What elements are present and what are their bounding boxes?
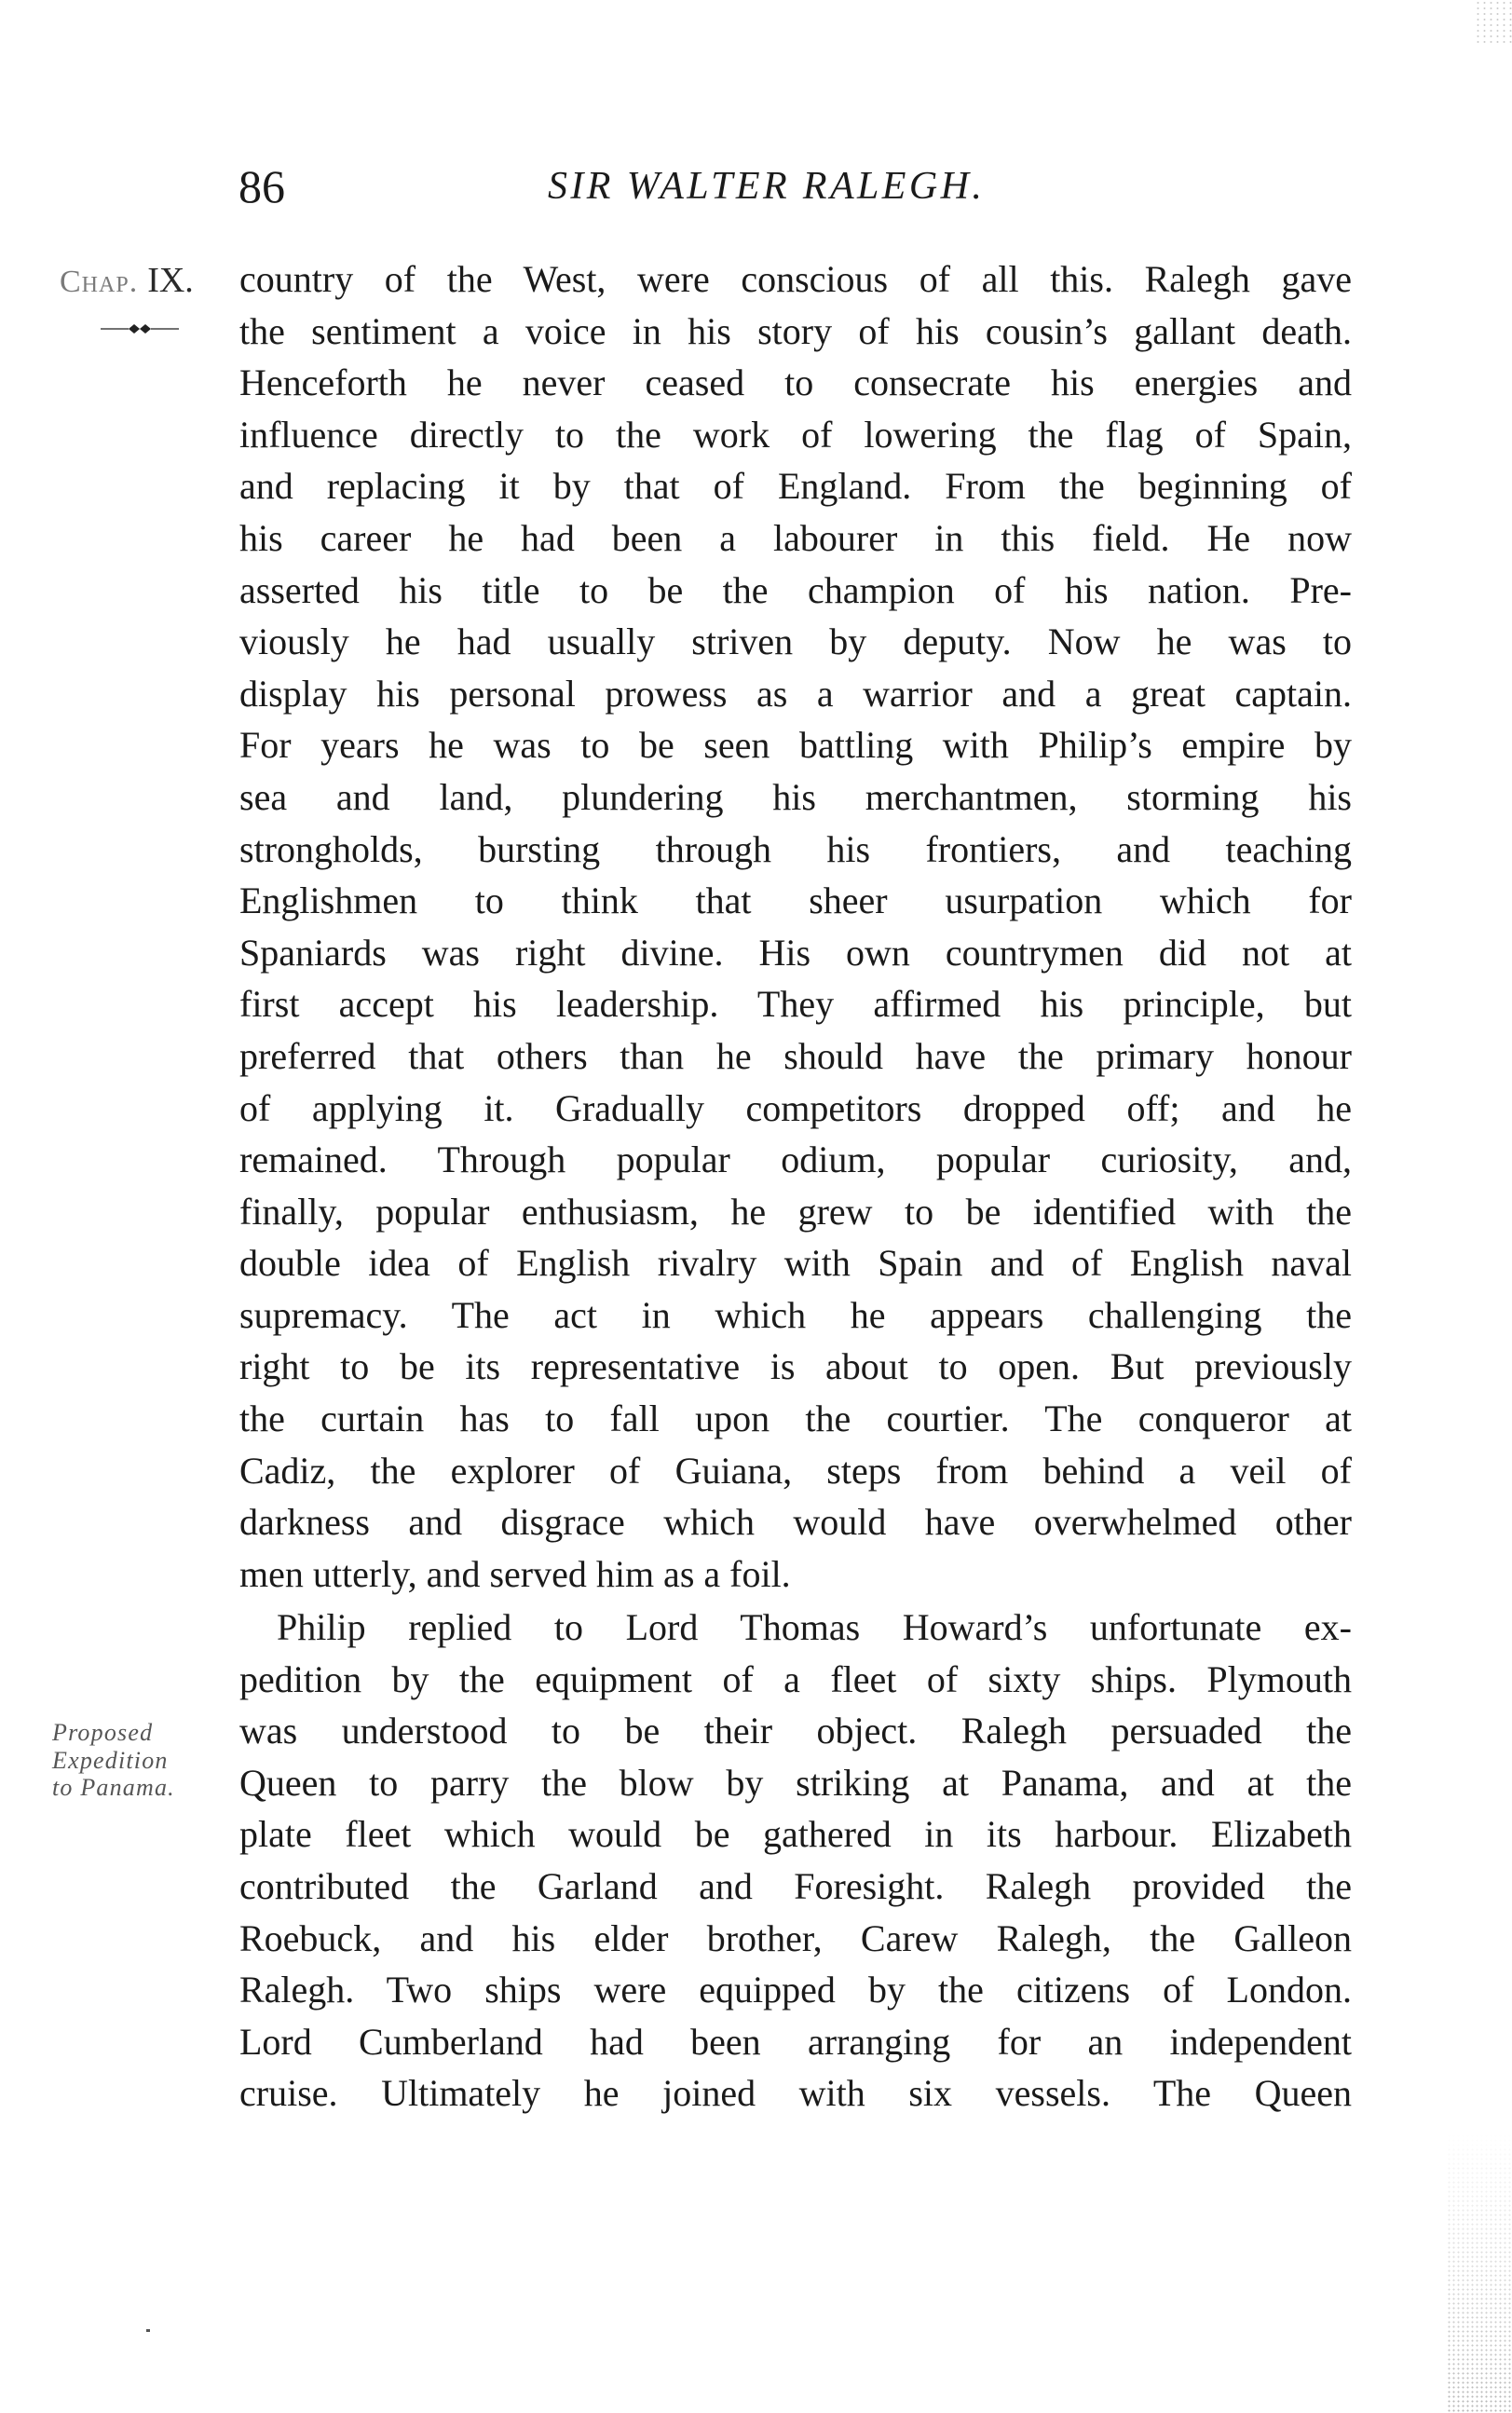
text-line: Philip replied to Lord Thomas Howard’s u… [239,1602,1352,1654]
scan-noise [1475,0,1512,47]
text-line: viously he had usually striven by deputy… [239,616,1352,668]
text-line: the curtain has to fall upon the courtie… [239,1393,1352,1445]
text-line: Spaniards was right divine. His own coun… [239,927,1352,979]
text-line: strongholds, bursting through his fronti… [239,824,1352,876]
text-line: the sentiment a voice in his story of hi… [239,306,1352,358]
text-line: right to be its representative is about … [239,1341,1352,1393]
text-line: plate fleet which would be gathered in i… [239,1808,1352,1861]
text-line: Henceforth he never ceased to consecrate… [239,357,1352,409]
scan-noise [1447,2134,1512,2413]
margin-note-proposed-expedition: Proposed Expedition to Panama. [52,1719,215,1802]
running-title: SIR WALTER RALEGH. [548,160,1056,212]
book-page: 86 SIR WALTER RALEGH. Chap. IX. Proposed… [0,0,1512,2413]
chapter-number: IX. [147,261,194,300]
ornament-icon [101,320,179,335]
text-line: Queen to parry the blow by striking at P… [239,1757,1352,1809]
scan-speck [146,2329,150,2332]
paragraph-2: Philip replied to Lord Thomas Howard’s u… [239,1602,1352,2120]
text-line: darkness and disgrace which would have o… [239,1496,1352,1548]
margin-note-line: Expedition [52,1747,215,1775]
text-line: supremacy. The act in which he appears c… [239,1289,1352,1342]
text-line: first accept his leadership. They affirm… [239,978,1352,1030]
text-line: Englishmen to think that sheer usurpatio… [239,875,1352,927]
text-line: contributed the Garland and Foresight. R… [239,1861,1352,1913]
text-line: sea and land, plundering his merchantmen… [239,771,1352,824]
paragraph-1: country of the West, were conscious of a… [239,253,1352,1600]
text-line: was understood to be their object. Raleg… [239,1705,1352,1757]
text-line: finally, popular enthusiasm, he grew to … [239,1186,1352,1238]
text-line: pedition by the equipment of a fleet of … [239,1654,1352,1706]
text-line: double idea of English rivalry with Spai… [239,1237,1352,1289]
text-line: of applying it. Gradually competitors dr… [239,1083,1352,1135]
page-number: 86 [238,158,285,214]
text-line: Cadiz, the explorer of Guiana, steps fro… [239,1445,1352,1497]
text-line: asserted his title to be the champion of… [239,565,1352,617]
text-line: preferred that others than he should hav… [239,1030,1352,1083]
text-line: For years he was to be seen battling wit… [239,719,1352,771]
chapter-mark: Chap. IX. [60,253,194,308]
text-line: display his personal prowess as a warrio… [239,668,1352,720]
margin-note-line: Proposed [52,1719,215,1747]
text-line: Ralegh. Two ships were equipped by the c… [239,1964,1352,2016]
text-line: cruise. Ultimately he joined with six ve… [239,2067,1352,2120]
text-line: men utterly, and served him as a foil. [239,1548,1352,1601]
text-line: country of the West, were conscious of a… [239,253,1352,306]
text-line: and replacing it by that of England. Fro… [239,460,1352,512]
chapter-word: Chap. [60,265,138,299]
text-line: influence directly to the work of loweri… [239,409,1352,461]
text-line: Lord Cumberland had been arranging for a… [239,2016,1352,2068]
text-line: Roebuck, and his elder brother, Carew Ra… [239,1913,1352,1965]
margin-note-line: to Panama. [52,1774,215,1802]
text-line: his career he had been a labourer in thi… [239,512,1352,565]
text-line: remained. Through popular odium, popular… [239,1134,1352,1186]
